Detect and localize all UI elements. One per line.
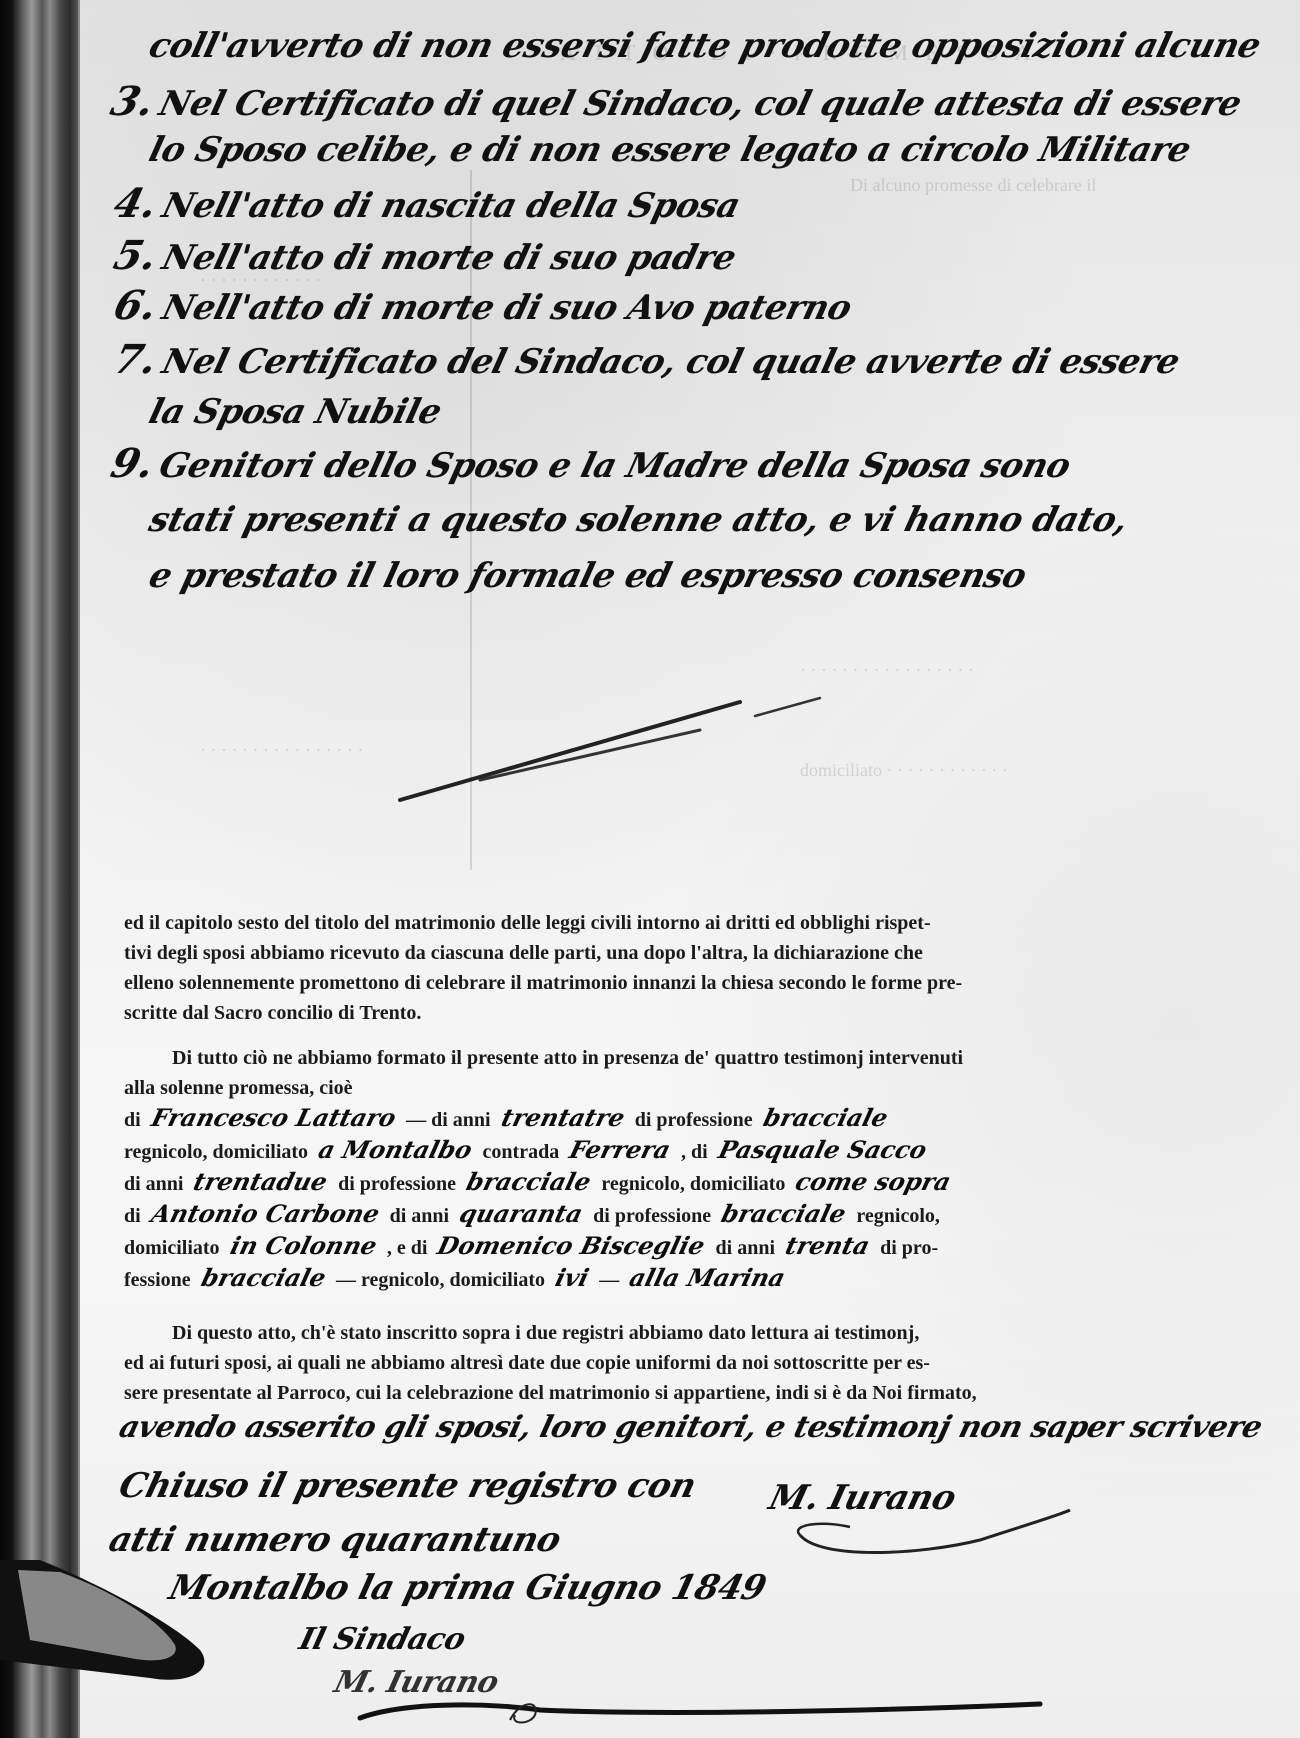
witness-1-age: trentatre	[492, 1103, 634, 1133]
witness-line-2: regnicolo, domiciliato a Montalbo contra…	[124, 1135, 1184, 1167]
label: — regnicolo, domiciliato	[336, 1269, 545, 1291]
printed-line: Di tutto ciò ne abbiamo formato il prese…	[124, 1043, 1184, 1073]
list-item-4: 4.Nell'atto di nascita della Sposa	[109, 180, 745, 227]
witness-2-name: Pasquale Sacco	[709, 1135, 936, 1165]
bleed-through-text: · · · · · · · · · · · · · · · · ·	[800, 660, 974, 681]
list-item-5: 5.Nell'atto di morte di suo padre	[109, 232, 741, 279]
witness-line-6: fessione bracciale — regnicolo, domicili…	[124, 1263, 1184, 1295]
printed-line: alla solenne promessa, cioè	[124, 1073, 1184, 1103]
witness-2-profession: bracciale	[457, 1167, 600, 1197]
bleed-through-text: Di alcuno promesse di celebrare il	[850, 175, 1096, 196]
witness-4-residence: ivi	[546, 1263, 598, 1293]
list-item-9: 9.Genitori dello Sposo e la Madre della …	[106, 440, 1076, 487]
item-text: Nell'atto di morte di suo Avo paterno	[158, 288, 855, 328]
label: di anni	[431, 1109, 490, 1131]
handwritten-closing-line: Chiuso il presente registro con	[115, 1466, 700, 1506]
witness-line-3: di anni trentadue di professione braccia…	[124, 1167, 1184, 1199]
witness-1-residence: a Montalbo	[309, 1135, 481, 1165]
printed-line: scritte dal Sacro concilio di Trento.	[124, 998, 1184, 1028]
label: di anni	[124, 1173, 183, 1195]
label: di professione	[635, 1109, 753, 1131]
printed-line: tivi degli sposi abbiamo ricevuto da cia…	[124, 938, 1184, 968]
label: , e di	[387, 1237, 428, 1259]
label: di professione	[593, 1205, 711, 1227]
witness-1-name: Francesco Lattaro	[142, 1103, 405, 1133]
witness-1-profession: bracciale	[754, 1103, 897, 1133]
witness-3-residence: in Colonne	[221, 1231, 386, 1261]
printed-paragraph-1: ed il capitolo sesto del titolo del matr…	[124, 908, 1184, 1028]
label: , di	[681, 1141, 708, 1163]
item-text: Nell'atto di nascita della Sposa	[158, 186, 744, 226]
label: di	[124, 1205, 141, 1227]
printed-line: ed ai futuri sposi, ai quali ne abbiamo …	[124, 1348, 1184, 1378]
signature-flourish	[760, 1505, 1080, 1565]
label: di anni	[716, 1237, 775, 1259]
label: regnicolo, domiciliato	[124, 1141, 308, 1163]
handwritten-closing-line: atti numero quarantuno	[105, 1520, 565, 1560]
page-clip	[0, 1560, 220, 1690]
list-item-3: 3.Nel Certificato di quel Sindaco, col q…	[106, 78, 1247, 125]
handwritten-line: coll'avverto di non essersi fatte prodot…	[145, 26, 1265, 66]
witness-4-name: Domenico Bisceglie	[429, 1231, 715, 1261]
item-text: Nell'atto di morte di suo padre	[158, 238, 740, 278]
printed-paragraph-2: Di tutto ciò ne abbiamo formato il prese…	[124, 1043, 1184, 1295]
witness-1-street: Ferrera	[560, 1135, 679, 1165]
witness-4-residence-extra: alla Marina	[620, 1263, 794, 1293]
witness-4-age: trenta	[776, 1231, 879, 1261]
witness-2-age: trentadue	[185, 1167, 337, 1197]
pen-flourish	[380, 680, 830, 820]
printed-line: ed il capitolo sesto del titolo del matr…	[124, 908, 1184, 938]
list-item-3-cont: lo Sposo celibe, e di non essere legato …	[145, 130, 1195, 170]
label: regnicolo, domiciliato	[601, 1173, 785, 1195]
witness-line-5: domiciliato in Colonne , e di Domenico B…	[124, 1231, 1184, 1263]
item-text: Nel Certificato del Sindaco, col quale a…	[158, 342, 1183, 382]
sindaco-label: Il Sindaco	[296, 1622, 469, 1657]
list-item-9-cont: e prestato il loro formale ed espresso c…	[145, 556, 1030, 596]
sindaco-flourish	[350, 1690, 1050, 1730]
list-item-7-cont: la Sposa Nubile	[145, 392, 445, 432]
witness-line-4: di Antonio Carbone di anni quaranta di p…	[124, 1199, 1184, 1231]
page-edge	[78, 0, 80, 1738]
bleed-through-text: · · · · · · · · · · · · · · · ·	[200, 740, 363, 761]
printed-line: Di questo atto, ch'è stato inscritto sop…	[124, 1318, 1184, 1348]
label: di anni	[390, 1205, 449, 1227]
label: regnicolo,	[856, 1205, 940, 1227]
witness-2-residence: come sopra	[787, 1167, 961, 1197]
list-item-7: 7.Nel Certificato del Sindaco, col quale…	[109, 336, 1185, 383]
list-item-9-cont: stati presenti a questo solenne atto, e …	[145, 500, 1132, 540]
item-text: Genitori dello Sposo e la Madre della Sp…	[155, 446, 1074, 486]
printed-paragraph-3: Di questo atto, ch'è stato inscritto sop…	[124, 1318, 1184, 1408]
handwritten-date: Montalbo la prima Giugno 1849	[165, 1568, 770, 1608]
handwritten-closing-line: avendo asserito gli sposi, loro genitori…	[116, 1410, 1266, 1445]
item-text: Nel Certificato di quel Sindaco, col qua…	[155, 84, 1245, 124]
label: di professione	[338, 1173, 456, 1195]
witness-4-profession: bracciale	[192, 1263, 335, 1293]
list-item-6: 6.Nell'atto di morte di suo Avo paterno	[109, 282, 857, 329]
witness-3-name: Antonio Carbone	[142, 1199, 388, 1229]
label: domiciliato	[124, 1237, 220, 1259]
bleed-through-text: domiciliato · · · · · · · · · · · ·	[800, 760, 1008, 781]
printed-line: sere presentate al Parroco, cui la celeb…	[124, 1378, 1184, 1408]
witness-3-profession: bracciale	[712, 1199, 855, 1229]
witness-line-1: di Francesco Lattaro — di anni trentatre…	[124, 1103, 1184, 1135]
label: fessione	[124, 1269, 191, 1291]
label: di	[124, 1109, 141, 1131]
label: contrada	[483, 1141, 560, 1163]
printed-line: elleno solennemente promettono di celebr…	[124, 968, 1184, 998]
book-binding	[0, 0, 78, 1738]
label: di pro-	[880, 1237, 938, 1259]
witness-3-age: quaranta	[450, 1199, 592, 1229]
